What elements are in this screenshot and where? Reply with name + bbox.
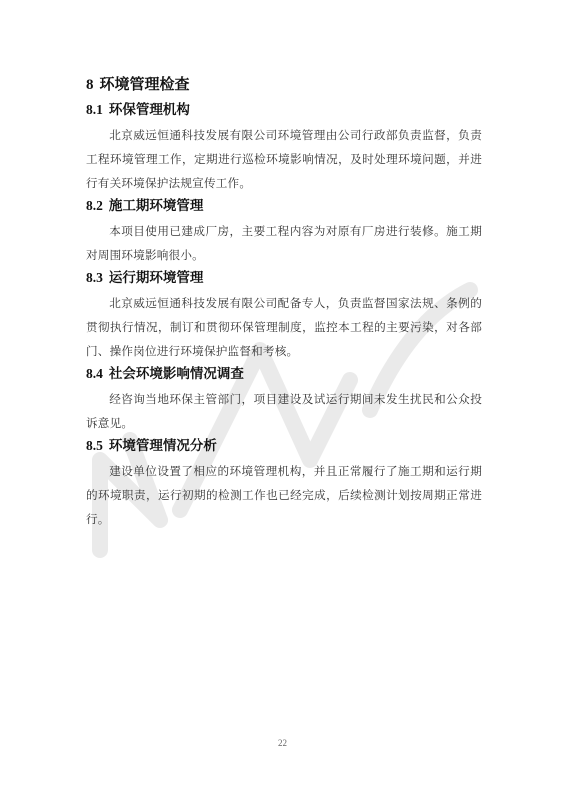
section-8-3: 8.3运行期环境管理 北京威远恒通科技发展有限公司配备专人，负责监督国家法规、条… [86,269,482,363]
section-title: 运行期环境管理 [109,270,204,286]
section-heading: 8.5环境管理情况分析 [86,437,482,455]
section-title: 施工期环境管理 [109,198,204,214]
section-number: 8.1 [86,102,103,117]
section-paragraph: 经咨询当地环保主管部门，项目建设及试运行期间未发生扰民和公众投诉意见。 [86,387,482,435]
section-heading: 8.4社会环境影响情况调查 [86,365,482,383]
section-8-4: 8.4社会环境影响情况调查 经咨询当地环保主管部门，项目建设及试运行期间未发生扰… [86,365,482,435]
document-page: 8环境管理检查 8.1环保管理机构 北京威远恒通科技发展有限公司环境管理由公司行… [0,0,565,800]
section-paragraph: 建设单位设置了相应的环境管理机构，并且正常履行了施工期和运行期的环境职责，运行初… [86,459,482,531]
section-8-1: 8.1环保管理机构 北京威远恒通科技发展有限公司环境管理由公司行政部负责监督，负… [86,101,482,195]
section-8-5: 8.5环境管理情况分析 建设单位设置了相应的环境管理机构，并且正常履行了施工期和… [86,437,482,531]
section-heading: 8.3运行期环境管理 [86,269,482,287]
section-number: 8.5 [86,438,103,453]
section-number: 8.4 [86,366,103,381]
document-body: 8环境管理检查 8.1环保管理机构 北京威远恒通科技发展有限公司环境管理由公司行… [86,74,482,533]
chapter-title: 环境管理检查 [100,75,190,93]
section-paragraph: 北京威远恒通科技发展有限公司配备专人，负责监督国家法规、条例的贯彻执行情况，制订… [86,291,482,363]
section-heading: 8.1环保管理机构 [86,101,482,119]
section-number: 8.2 [86,198,103,213]
chapter-number: 8 [86,77,94,93]
section-number: 8.3 [86,270,103,285]
section-paragraph: 本项目使用已建成厂房，主要工程内容为对原有厂房进行装修。施工期对周围环境影响很小… [86,219,482,267]
section-title: 环境管理情况分析 [109,438,217,454]
chapter-heading: 8环境管理检查 [86,74,482,95]
section-title: 环保管理机构 [109,102,190,118]
section-8-2: 8.2施工期环境管理 本项目使用已建成厂房，主要工程内容为对原有厂房进行装修。施… [86,197,482,267]
page-number: 22 [0,738,565,748]
section-paragraph: 北京威远恒通科技发展有限公司环境管理由公司行政部负责监督，负责工程环境管理工作，… [86,123,482,195]
section-title: 社会环境影响情况调查 [109,366,244,382]
section-heading: 8.2施工期环境管理 [86,197,482,215]
